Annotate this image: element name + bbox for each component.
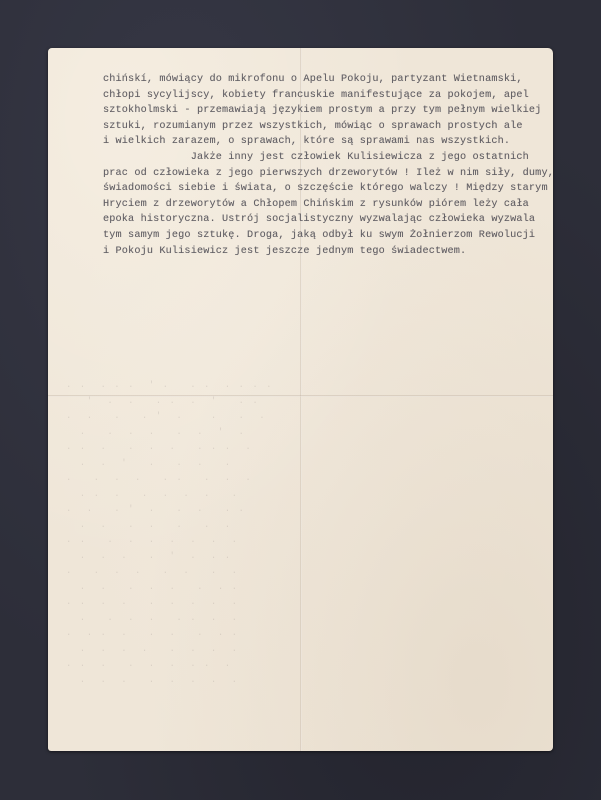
text-line: i Pokoju Kulisiewicz jest jeszcze jednym… — [103, 244, 553, 260]
bleed-line: . . . . . . . . . . — [66, 440, 296, 456]
text-line: Hryciem z drzeworytów a Chłopem Chińskim… — [103, 197, 553, 213]
text-line: świadomości siebie i świata, o szczęście… — [103, 181, 553, 197]
bleed-through-text: . . . . . ' . . . . . . . ' . . . . . ' … — [66, 378, 296, 738]
bleed-line: . . . . . . . — [66, 518, 296, 534]
typewritten-text: chińskí, mówiący do mikrofonu o Apelu Po… — [103, 72, 553, 259]
bleed-line: . . . . . . . . — [66, 487, 296, 503]
bleed-line: . . . . . . . . — [66, 642, 296, 658]
text-line: prac od człowieka z jego pierwszych drze… — [103, 166, 553, 182]
text-line: sztuki, rozumianym przez wszystkich, mów… — [103, 119, 553, 135]
bleed-line: . . . . . . . . — [66, 580, 296, 596]
bleed-line: . . . . ' . . . . — [66, 409, 296, 425]
text-line-indented: Jakże inny jest człowiek Kulisiewicza z … — [103, 150, 553, 166]
bleed-line: . . . . . . . . . — [66, 471, 296, 487]
paper-page: . . . . . ' . . . . . . . ' . . . . . ' … — [48, 48, 553, 751]
text-line: chłopi sycylijscy, kobiety francuskie ma… — [103, 88, 553, 104]
bleed-line: . . . . . . . . — [66, 564, 296, 580]
bleed-line: . . . . . . . . . — [66, 595, 296, 611]
bleed-line: . . . . . . . . . — [66, 657, 296, 673]
bleed-line: . . . . . . . . — [66, 673, 296, 689]
text-line: sztokholmski - przemawiają językiem pros… — [103, 103, 553, 119]
text-line: epoka historyczna. Ustrój socjalistyczny… — [103, 212, 553, 228]
bleed-line: . . . . . . . . . — [66, 626, 296, 642]
text-line: i wielkich zarazem, o sprawach, które są… — [103, 134, 553, 150]
text-line: tym samym jego sztukę. Droga, jaką odbył… — [103, 228, 553, 244]
bleed-line: . . ' . . . . — [66, 456, 296, 472]
bleed-line: . . . . . . . . — [66, 611, 296, 627]
bleed-line: . . . . . . ' . — [66, 425, 296, 441]
bleed-line: . . . ' . . . . . — [66, 502, 296, 518]
text-line: chińskí, mówiący do mikrofonu o Apelu Po… — [103, 72, 553, 88]
bleed-line: . . . . ' . . . — [66, 549, 296, 565]
bleed-line: ' . . . . . ' . . — [66, 394, 296, 410]
bleed-line: . . . . . . . . . — [66, 533, 296, 549]
bleed-line: . . . . . ' . . . . . . . — [66, 378, 296, 394]
